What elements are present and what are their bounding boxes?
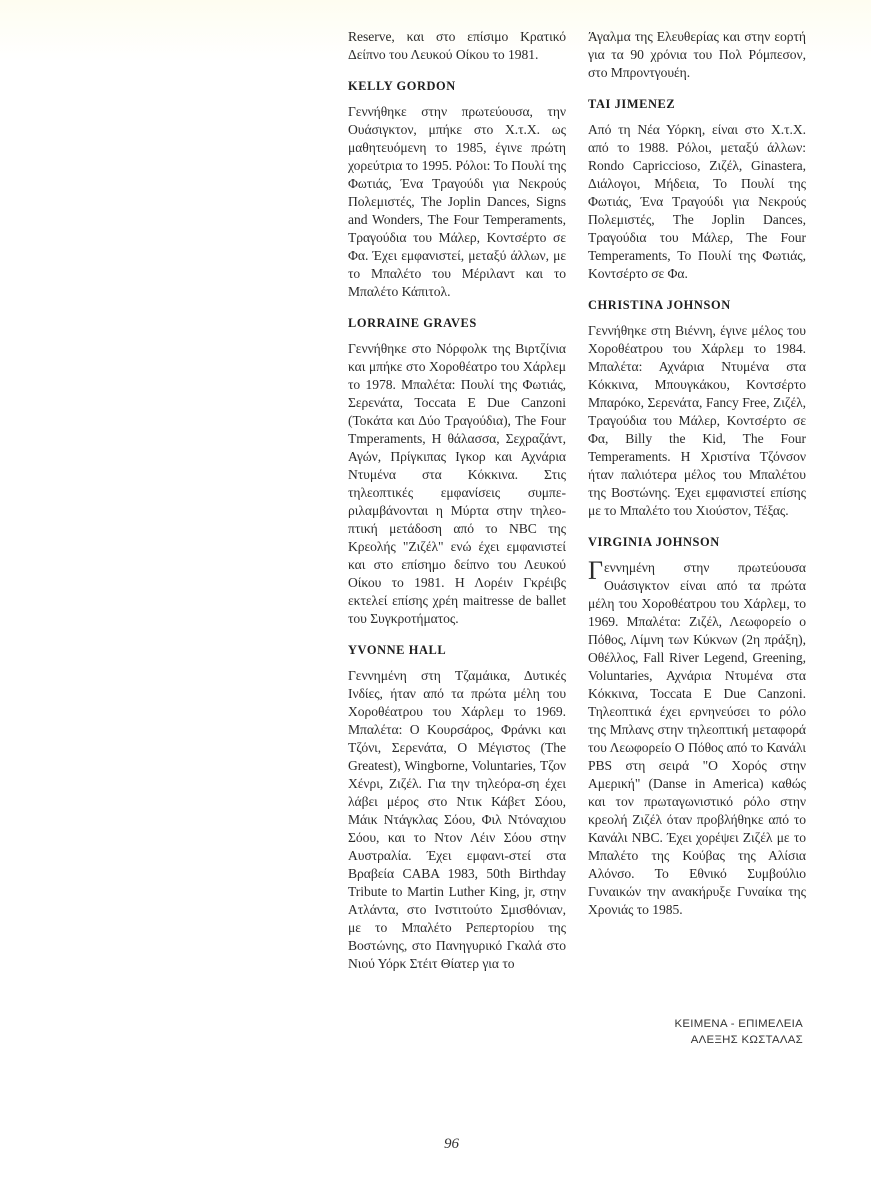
dancer-name-heading: VIRGINIA JOHNSON xyxy=(588,534,806,550)
credits-role: ΚΕΙΜΕΝΑ - ΕΠΙΜΕΛΕΙΑ xyxy=(674,1016,803,1032)
dancer-bio: Γεννημένη στην πρωτεύουσα Ουάσιγκτον είν… xyxy=(588,559,806,919)
dancer-name-heading: KELLY GORDON xyxy=(348,78,566,94)
dancer-bio: Γεννήθηκε στη Βιέννη, έγινε μέλος του Χο… xyxy=(588,322,806,520)
bio-tai-jimenez: TAI JIMENEZ Από τη Νέα Υόρκη, είναι στο … xyxy=(588,96,806,283)
bio-christina-johnson: CHRISTINA JOHNSON Γεννήθηκε στη Βιέννη, … xyxy=(588,297,806,520)
continued-paragraph: Άγαλμα της Ελευθερίας και στην εορτή για… xyxy=(588,28,806,82)
author-credits: ΚΕΙΜΕΝΑ - ΕΠΙΜΕΛΕΙΑ ΑΛΕΞΗΣ ΚΩΣΤΑΛΑΣ xyxy=(674,1016,803,1048)
right-text-column: Άγαλμα της Ελευθερίας και στην εορτή για… xyxy=(588,28,806,919)
dancer-bio: Από τη Νέα Υόρκη, είναι στο Χ.τ.Χ. από τ… xyxy=(588,121,806,283)
dancer-bio: Γεννημένη στη Τζαμάικα, Δυτικές Ινδίες, … xyxy=(348,667,566,973)
dancer-name-heading: TAI JIMENEZ xyxy=(588,96,806,112)
page-number: 96 xyxy=(444,1136,459,1153)
bio-yvonne-hall: YVONNE HALL Γεννημένη στη Τζαμάικα, Δυτι… xyxy=(348,642,566,973)
bio-kelly-gordon: KELLY GORDON Γεννήθηκε στην πρωτεύουσα, … xyxy=(348,78,566,301)
bio-lorraine-graves: LORRAINE GRAVES Γεννήθηκε στο Νόρφολκ τη… xyxy=(348,315,566,628)
dancer-bio: Γεννήθηκε στο Νόρφολκ της Βιρτζίνια και … xyxy=(348,340,566,628)
continued-paragraph: Reserve, και στο επίσιμο Κρατικό Δείπνο … xyxy=(348,28,566,64)
dancer-name-heading: YVONNE HALL xyxy=(348,642,566,658)
left-text-column: Reserve, και στο επίσιμο Κρατικό Δείπνο … xyxy=(348,28,566,973)
dancer-name-heading: CHRISTINA JOHNSON xyxy=(588,297,806,313)
dancer-name-heading: LORRAINE GRAVES xyxy=(348,315,566,331)
bio-virginia-johnson: VIRGINIA JOHNSON Γεννημένη στην πρωτεύου… xyxy=(588,534,806,919)
dancer-bio: Γεννήθηκε στην πρωτεύουσα, την Ουάσιγκτο… xyxy=(348,103,566,301)
credits-author: ΑΛΕΞΗΣ ΚΩΣΤΑΛΑΣ xyxy=(674,1032,803,1048)
